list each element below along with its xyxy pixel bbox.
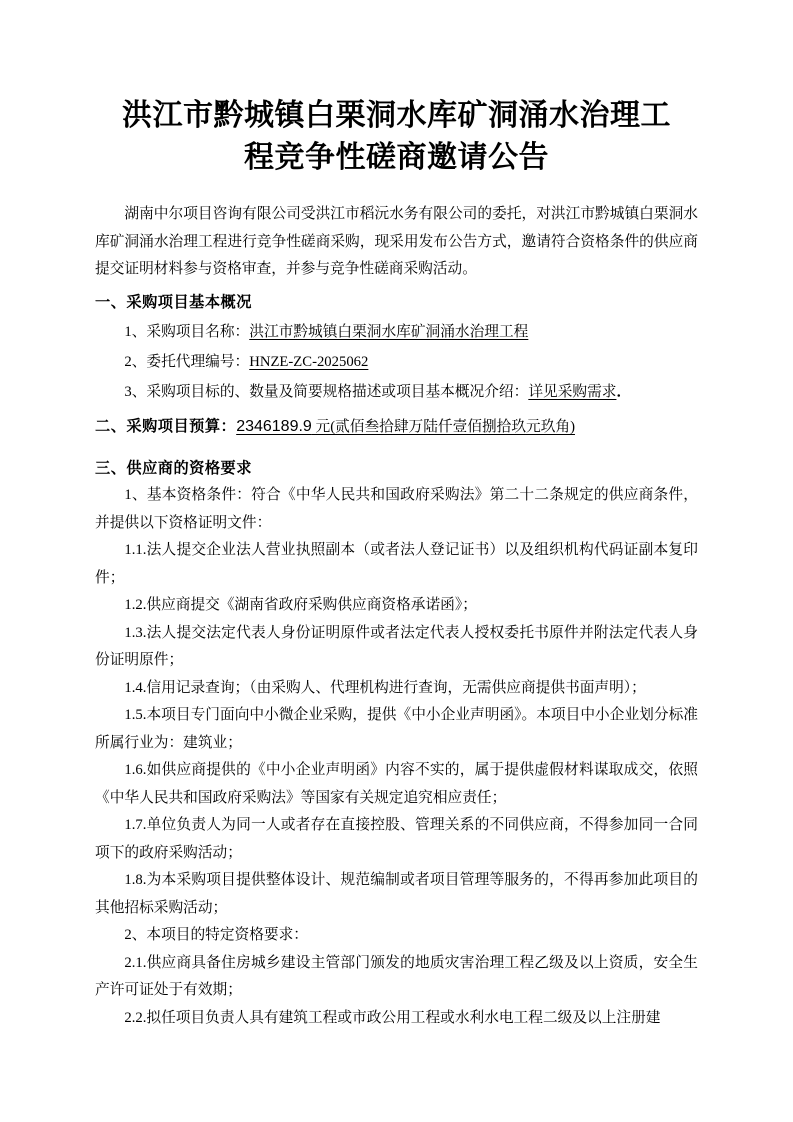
section-3-heading: 三、供应商的资格要求 xyxy=(95,455,698,483)
clause-2-1: 2.1.供应商具备住房城乡建设主管部门颁发的地质灾害治理工程乙级及以上资质，安全… xyxy=(95,950,698,1005)
budget-label: 二、采购项目预算： xyxy=(95,418,236,435)
clause-specific-requirements: 2、本项目的特定资格要求： xyxy=(95,922,698,950)
clause-basic-conditions: 1、基本资格条件：符合《中华人民共和国政府采购法》第二十二条规定的供应商条件，并… xyxy=(95,482,698,537)
budget-value: 2346189.9 元(贰佰叁拾肆万陆仟壹佰捌拾玖元玖角) xyxy=(236,418,575,435)
item-agency-number: 2、委托代理编号：HNZE-ZC-2025062 xyxy=(95,348,698,377)
page-title: 洪江市黔城镇白栗洞水库矿洞涌水治理工程竞争性磋商邀请公告 xyxy=(122,95,672,179)
section-2-heading: 二、采购项目预算：2346189.9 元(贰佰叁拾肆万陆仟壹佰捌拾玖元玖角) xyxy=(95,413,698,442)
clause-1-5: 1.5.本项目专门面向中小微企业采购，提供《中小企业声明函》。本项目中小企业划分… xyxy=(95,702,698,757)
item-value: HNZE-ZC-2025062 xyxy=(249,354,368,370)
clause-1-2: 1.2.供应商提交《湖南省政府采购供应商资格承诺函》； xyxy=(95,592,698,620)
item-value: 洪江市黔城镇白栗洞水库矿洞涌水治理工程 xyxy=(249,324,528,340)
clause-1-4: 1.4.信用记录查询；（由采购人、代理机构进行查询，无需供应商提供书面声明）； xyxy=(95,675,698,703)
item-label: 3、采购项目标的、数量及简要规格描述或项目基本概况介绍： xyxy=(124,384,528,400)
clause-1-6: 1.6.如供应商提供的《中小企业声明函》内容不实的，属于提供虚假材料谋取成交，依… xyxy=(95,757,698,812)
item-label: 2、委托代理编号： xyxy=(124,354,249,370)
clause-1-1: 1.1.法人提交企业法人营业执照副本（或者法人登记证书）以及组织机构代码证副本复… xyxy=(95,537,698,592)
clause-1-3: 1.3.法人提交法定代表人身份证明原件或者法定代表人授权委托书原件并附法定代表人… xyxy=(95,620,698,675)
clause-1-7: 1.7.单位负责人为同一人或者存在直接控股、管理关系的不同供应商，不得参加同一合… xyxy=(95,812,698,867)
item-value: 详见采购需求 xyxy=(528,384,616,400)
item-project-description: 3、采购项目标的、数量及简要规格描述或项目基本概况介绍：详见采购需求． xyxy=(95,378,698,407)
item-label: 1、采购项目名称： xyxy=(124,324,249,340)
budget-words: 元(贰佰叁拾肆万陆仟壹佰捌拾玖元玖角) xyxy=(312,419,575,435)
item-suffix: ． xyxy=(616,384,631,400)
item-project-name: 1、采购项目名称：洪江市黔城镇白栗洞水库矿洞涌水治理工程 xyxy=(95,318,698,347)
document-page: 洪江市黔城镇白栗洞水库矿洞涌水治理工程竞争性磋商邀请公告 湖南中尔项目咨询有限公… xyxy=(0,0,793,1122)
clause-2-2: 2.2.拟任项目负责人具有建筑工程或市政公用工程或水利水电工程二级及以上注册建 xyxy=(95,1005,698,1033)
clause-1-8: 1.8.为本采购项目提供整体设计、规范编制或者项目管理等服务的，不得再参加此项目… xyxy=(95,867,698,922)
budget-number: 2346189.9 xyxy=(236,418,312,435)
section-1-heading: 一、采购项目基本概况 xyxy=(95,289,698,317)
intro-paragraph: 湖南中尔项目咨询有限公司受洪江市稻沅水务有限公司的委托，对洪江市黔城镇白栗洞水库… xyxy=(95,201,698,284)
